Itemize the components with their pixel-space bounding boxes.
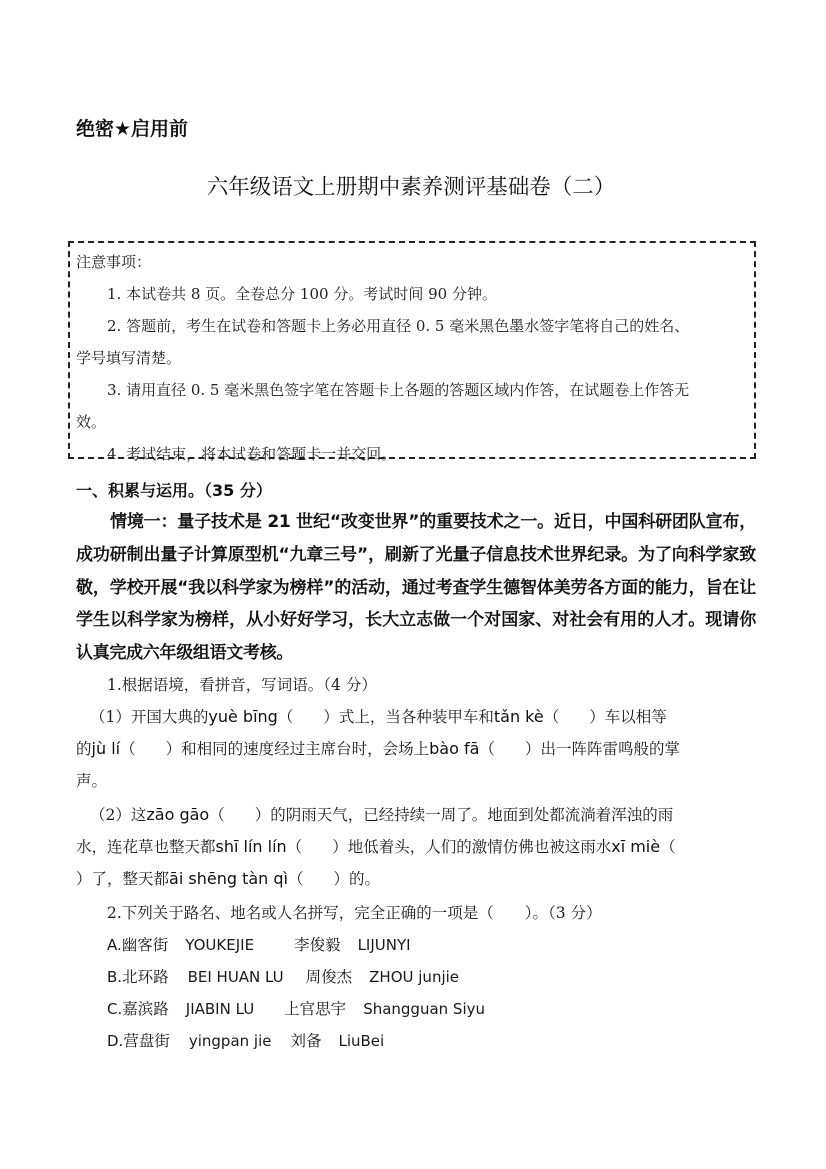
person-pinyin: LIJUNYI xyxy=(358,936,411,954)
place-pinyin: BEI HUAN LU xyxy=(188,968,284,986)
option-b[interactable]: B.北环路BEI HUAN LU周俊杰ZHOU junjie xyxy=(107,965,459,987)
notice-item-3: 3. 请用直径 0. 5 毫米黑色签字笔在答题卡上各题的答题区域内作答，在试题卷… xyxy=(107,379,689,400)
paren-close: ） xyxy=(332,835,348,857)
question-2-stem: 2.下列关于路名、地名或人名拼写，完全正确的一项是（ ）。（3 分） xyxy=(107,901,602,923)
person-pinyin: LiuBei xyxy=(338,1032,384,1050)
text: 的阴雨天气，已经持续一周了。地面到处都流淌着浑浊的雨 xyxy=(270,806,673,824)
exam-title: 六年级语文上册期中素养测评基础卷（二） xyxy=(0,170,826,201)
notice-item-2-cont: 学号填写清楚。 xyxy=(76,347,181,368)
place-pinyin: JIABIN LU xyxy=(186,1000,254,1018)
paren-close: ） xyxy=(166,737,182,759)
question-1-stem: 1.根据语境，看拼音，写词语。（4 分） xyxy=(107,673,377,695)
paren-open: （ xyxy=(544,705,560,727)
exam-title-text: 六年级语文上册期中素养测评基础卷（二） xyxy=(207,170,616,201)
pinyin: shī lín lín xyxy=(216,837,287,856)
notice-item-4: 4. 考试结束，将本试卷和答题卡一并交回。 xyxy=(107,443,396,464)
confidential-mark: 绝密★启用前 xyxy=(76,114,188,141)
paren-open: （ xyxy=(209,803,225,825)
q1-part1-line3: 声。 xyxy=(76,769,107,791)
pinyin: zāo gāo xyxy=(146,805,209,824)
q1-part2-line2: 水，连花草也整天都shī lín lín（）地低着头，人们的激情仿佛也被这雨水x… xyxy=(76,835,676,857)
option-d[interactable]: D.营盘街yingpan jie刘备LiuBei xyxy=(107,1029,384,1051)
option-c[interactable]: C.嘉滨路JIABIN LU上官思宇Shangguan Siyu xyxy=(107,997,485,1019)
paren-open: （ xyxy=(288,867,304,889)
place-name: 营盘街 xyxy=(123,1032,170,1050)
paren-open: （ xyxy=(278,705,294,727)
paren-open: （ xyxy=(479,737,495,759)
paren-close: ） xyxy=(255,803,271,825)
option-a[interactable]: A.幽客街YOUKEJIE李俊毅LIJUNYI xyxy=(107,933,411,955)
person-name: 李俊毅 xyxy=(294,936,341,954)
text: 的。 xyxy=(349,870,380,888)
text: （1）开国大典的 xyxy=(90,708,208,726)
paren-open: （ xyxy=(660,835,676,857)
notice-heading: 注意事项： xyxy=(76,251,151,272)
place-pinyin: YOUKEJIE xyxy=(185,936,254,954)
notice-item-1: 1. 本试卷共 8 页。全卷总分 100 分。考试时间 90 分钟。 xyxy=(107,283,497,304)
person-pinyin: Shangguan Siyu xyxy=(363,1000,485,1018)
q1-part1-line2: 的jù lí（）和相同的速度经过主席台时，会场上bào fā（）出一阵阵雷鸣般的… xyxy=(76,737,680,759)
paren-close: ） xyxy=(589,705,605,727)
option-letter: C. xyxy=(107,1000,122,1018)
section-heading: 一、积累与运用。（35 分） xyxy=(76,478,272,501)
option-letter: B. xyxy=(107,968,122,986)
paren-close: ） xyxy=(323,705,339,727)
text: 和相同的速度经过主席台时，会场上 xyxy=(181,740,429,758)
pinyin: jù lí xyxy=(92,739,121,758)
q1-part2-line3: ）了，整天都āi shēng tàn qì（）的。 xyxy=(76,867,380,889)
context-paragraph: 情境一：量子技术是 21 世纪“改变世界”的重要技术之一。近日，中国科研团队宣布… xyxy=(76,506,756,670)
notice-item-2: 2. 答题前，考生在试卷和答题卡上务必用直径 0. 5 毫米黑色墨水签字笔将自己… xyxy=(107,315,689,336)
pinyin: xī miè xyxy=(611,837,660,856)
person-name: 周俊杰 xyxy=(306,968,353,986)
notice-item-3-cont: 效。 xyxy=(76,411,106,432)
paren-open: （ xyxy=(287,835,303,857)
paren-close: ） xyxy=(76,867,92,889)
person-pinyin: ZHOU junjie xyxy=(369,968,459,986)
q1-part1-line1: （1）开国大典的yuè bīng（）式上，当各种装甲车和tǎn kè（）车以相等 xyxy=(90,705,667,727)
paren-open: （ xyxy=(120,737,136,759)
place-name: 北环路 xyxy=(122,968,169,986)
pinyin: tǎn kè xyxy=(494,707,544,726)
text: （2）这 xyxy=(90,806,146,824)
text: 车以相等 xyxy=(605,708,667,726)
place-name: 幽客街 xyxy=(122,936,169,954)
option-letter: D. xyxy=(107,1032,123,1050)
pinyin: āi shēng tàn qì xyxy=(169,869,288,888)
pinyin: bào fā xyxy=(429,739,479,758)
text: 出一阵阵雷鸣般的掌 xyxy=(540,740,680,758)
q1-part2-line1: （2）这zāo gāo（）的阴雨天气，已经持续一周了。地面到处都流淌着浑浊的雨 xyxy=(90,803,673,825)
text: 式上，当各种装甲车和 xyxy=(339,708,494,726)
text: 水，连花草也整天都 xyxy=(76,838,216,856)
place-name: 嘉滨路 xyxy=(122,1000,169,1018)
paren-close: ） xyxy=(334,867,350,889)
text: 了，整天都 xyxy=(92,870,170,888)
person-name: 上官思宇 xyxy=(284,1000,346,1018)
place-pinyin: yingpan jie xyxy=(189,1032,272,1050)
text: 的 xyxy=(76,740,92,758)
option-letter: A. xyxy=(107,936,122,954)
text: 地低着头，人们的激情仿佛也被这雨水 xyxy=(348,838,612,856)
pinyin: yuè bīng xyxy=(208,707,277,726)
person-name: 刘备 xyxy=(290,1032,321,1050)
paren-close: ） xyxy=(525,737,541,759)
